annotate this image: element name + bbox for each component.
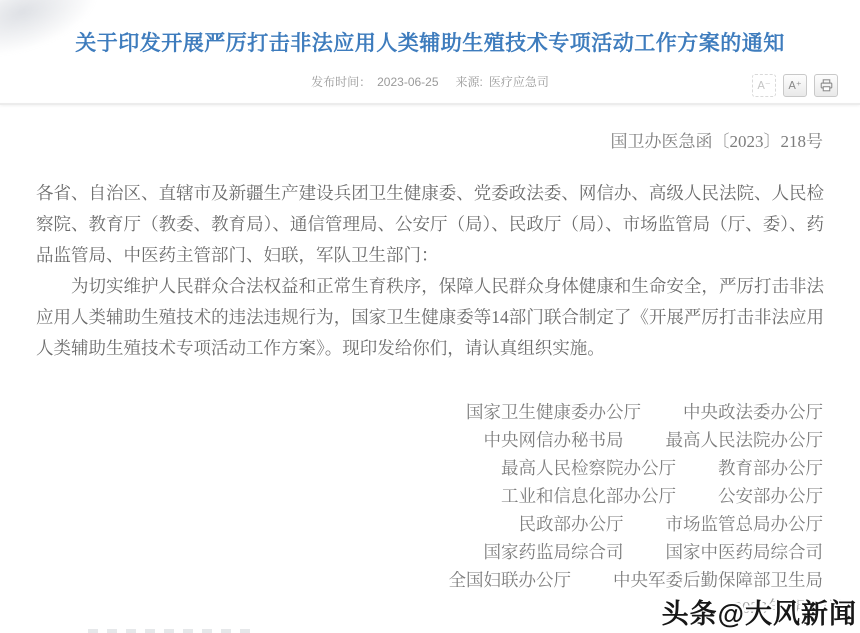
document-content: 国卫办医急函〔2023〕218号 各省、自治区、直辖市及新疆生产建设兵团卫生健康… bbox=[0, 127, 860, 622]
font-decrease-button[interactable]: A⁻ bbox=[752, 74, 776, 97]
signature-line: 民政部办公厅市场监管总局办公厅 bbox=[0, 510, 823, 538]
signature-right: 教育部办公厅 bbox=[718, 454, 823, 482]
signature-left: 工业和信息化部办公厅 bbox=[501, 482, 676, 510]
signature-left: 民政部办公厅 bbox=[519, 510, 624, 538]
signature-right: 公安部办公厅 bbox=[718, 482, 823, 510]
publish-meta: 发布时间：2023-06-25来源:医疗应急司 bbox=[0, 73, 860, 90]
article-page: 关于印发开展严厉打击非法应用人类辅助生殖技术专项活动工作方案的通知 发布时间：2… bbox=[0, 0, 860, 633]
signature-left: 全国妇联办公厅 bbox=[449, 566, 572, 594]
document-body: 各省、自治区、直辖市及新疆生产建设兵团卫生健康委、党委政法委、网信办、高级人民法… bbox=[36, 178, 824, 364]
publish-time-label: 发布时间： bbox=[311, 75, 371, 89]
signature-left: 国家药监局综合司 bbox=[484, 538, 624, 566]
printer-icon bbox=[820, 79, 833, 92]
watermark: 头条@大风新闻 bbox=[662, 592, 857, 631]
signature-left: 国家卫生健康委办公厅 bbox=[466, 398, 641, 426]
signature-block: 国家卫生健康委办公厅中央政法委办公厅中央网信办秘书局最高人民法院办公厅最高人民检… bbox=[0, 398, 823, 594]
body-paragraph: 各省、自治区、直辖市及新疆生产建设兵团卫生健康委、党委政法委、网信办、高级人民法… bbox=[36, 178, 824, 271]
header-divider bbox=[0, 103, 860, 105]
signature-line: 国家卫生健康委办公厅中央政法委办公厅 bbox=[0, 398, 823, 426]
publish-time-value: 2023-06-25 bbox=[377, 75, 438, 89]
source-value: 医疗应急司 bbox=[489, 75, 549, 89]
signature-right: 中央政法委办公厅 bbox=[683, 398, 823, 426]
print-button[interactable] bbox=[814, 74, 838, 97]
body-paragraph: 为切实维护人民群众合法权益和正常生育秩序，保障人民群众身体健康和生命安全，严厉打… bbox=[36, 271, 824, 364]
article-header: 关于印发开展严厉打击非法应用人类辅助生殖技术专项活动工作方案的通知 发布时间：2… bbox=[0, 30, 860, 105]
signature-line: 工业和信息化部办公厅公安部办公厅 bbox=[0, 482, 823, 510]
signature-right: 国家中医药局综合司 bbox=[666, 538, 824, 566]
signature-right: 市场监管总局办公厅 bbox=[666, 510, 824, 538]
signature-line: 国家药监局综合司国家中医药局综合司 bbox=[0, 538, 823, 566]
signature-left: 中央网信办秘书局 bbox=[484, 426, 624, 454]
page-title: 关于印发开展严厉打击非法应用人类辅助生殖技术专项活动工作方案的通知 bbox=[40, 30, 820, 58]
document-number: 国卫办医急函〔2023〕218号 bbox=[0, 127, 860, 152]
signature-line: 中央网信办秘书局最高人民法院办公厅 bbox=[0, 426, 823, 454]
signature-left: 最高人民检察院办公厅 bbox=[501, 454, 676, 482]
source-label: 来源: bbox=[456, 75, 483, 89]
signature-line: 全国妇联办公厅中央军委后勤保障部卫生局 bbox=[0, 566, 823, 594]
clipped-next-line bbox=[88, 629, 256, 633]
signature-line: 最高人民检察院办公厅教育部办公厅 bbox=[0, 454, 823, 482]
signature-right: 中央军委后勤保障部卫生局 bbox=[613, 566, 823, 594]
font-print-toolbar: A⁻ A⁺ bbox=[752, 74, 838, 97]
signature-right: 最高人民法院办公厅 bbox=[666, 426, 824, 454]
font-increase-button[interactable]: A⁺ bbox=[783, 74, 807, 97]
